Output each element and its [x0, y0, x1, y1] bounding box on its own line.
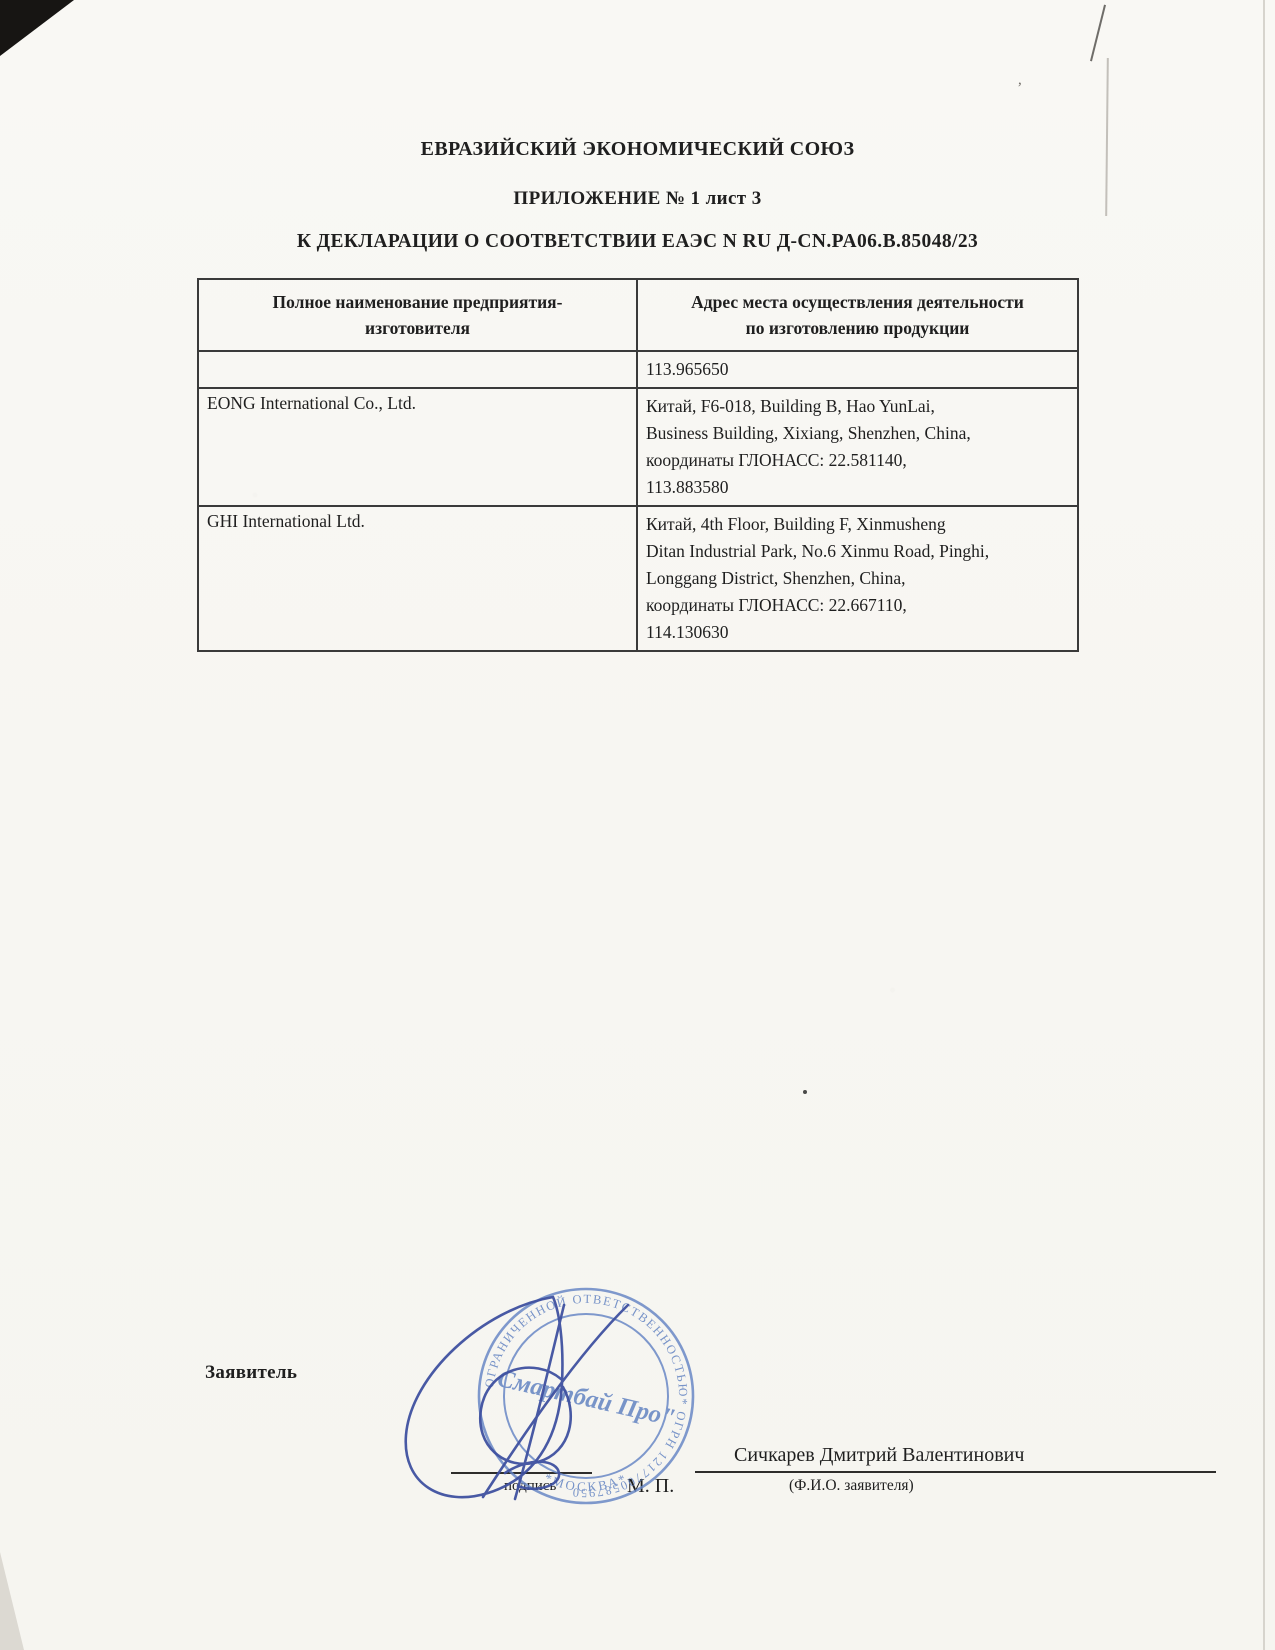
applicant-name-caption: (Ф.И.О. заявителя) [789, 1477, 914, 1495]
stamp-place-abbr: М. П. [627, 1475, 674, 1498]
manufacturer-address-cell: Китай, F6-018, Building B, Hao YunLai, B… [637, 388, 1078, 506]
manufacturer-name-cell: GHI International Ltd. [198, 506, 637, 651]
union-title: ЕВРАЗИЙСКИЙ ЭКОНОМИЧЕСКИЙ СОЮЗ [0, 138, 1275, 161]
declaration-number-line: К ДЕКЛАРАЦИИ О СООТВЕТСТВИИ ЕАЭС N RU Д-… [0, 231, 1275, 253]
stamp-outer-ring [479, 1289, 693, 1503]
applicant-name: Сичкарев Дмитрий Валентинович [734, 1444, 1024, 1467]
manufacturer-address-cell: 113.965650 [637, 351, 1078, 388]
table-row: GHI International Ltd. Китай, 4th Floor,… [198, 506, 1078, 651]
scan-corner-artifact [0, 0, 74, 56]
stray-ink-mark: , [1018, 72, 1022, 89]
applicant-name-line [695, 1471, 1216, 1473]
manufacturer-name-cell [198, 351, 637, 388]
stamp-ring-text: ОГРАНИЧЕННОЙ ОТВЕТСТВЕННОСТЬЮ* ОГРН 1217… [482, 1292, 690, 1500]
paper-corner-shadow [0, 1552, 24, 1650]
address-column-header: Адрес места осуществления деятельности п… [637, 279, 1078, 351]
manufacturer-column-header: Полное наименование предприятия- изготов… [198, 279, 637, 351]
manufacturer-address-cell: Китай, 4th Floor, Building F, Xinmusheng… [637, 506, 1078, 651]
table-row: EONG International Co., Ltd. Китай, F6-0… [198, 388, 1078, 506]
stray-dot-artifact [803, 1090, 807, 1094]
applicant-label: Заявитель [205, 1362, 297, 1384]
signature-line [451, 1472, 592, 1474]
stamp-company-name: Смартбай Про" [495, 1365, 678, 1432]
signature-caption: подпись [504, 1478, 556, 1495]
scanned-document-page: , ЕВРАЗИЙСКИЙ ЭКОНОМИЧЕСКИЙ СОЮЗ ПРИЛОЖЕ… [0, 0, 1275, 1650]
manufacturers-table: Полное наименование предприятия- изготов… [197, 278, 1079, 652]
annex-subtitle: ПРИЛОЖЕНИЕ № 1 лист 3 [0, 188, 1275, 210]
scan-crease-mark [1090, 5, 1106, 62]
stamp-inner-ring [504, 1314, 668, 1478]
table-row: 113.965650 [198, 351, 1078, 388]
manufacturer-name-cell: EONG International Co., Ltd. [198, 388, 637, 506]
table-header-row: Полное наименование предприятия- изготов… [198, 279, 1078, 351]
